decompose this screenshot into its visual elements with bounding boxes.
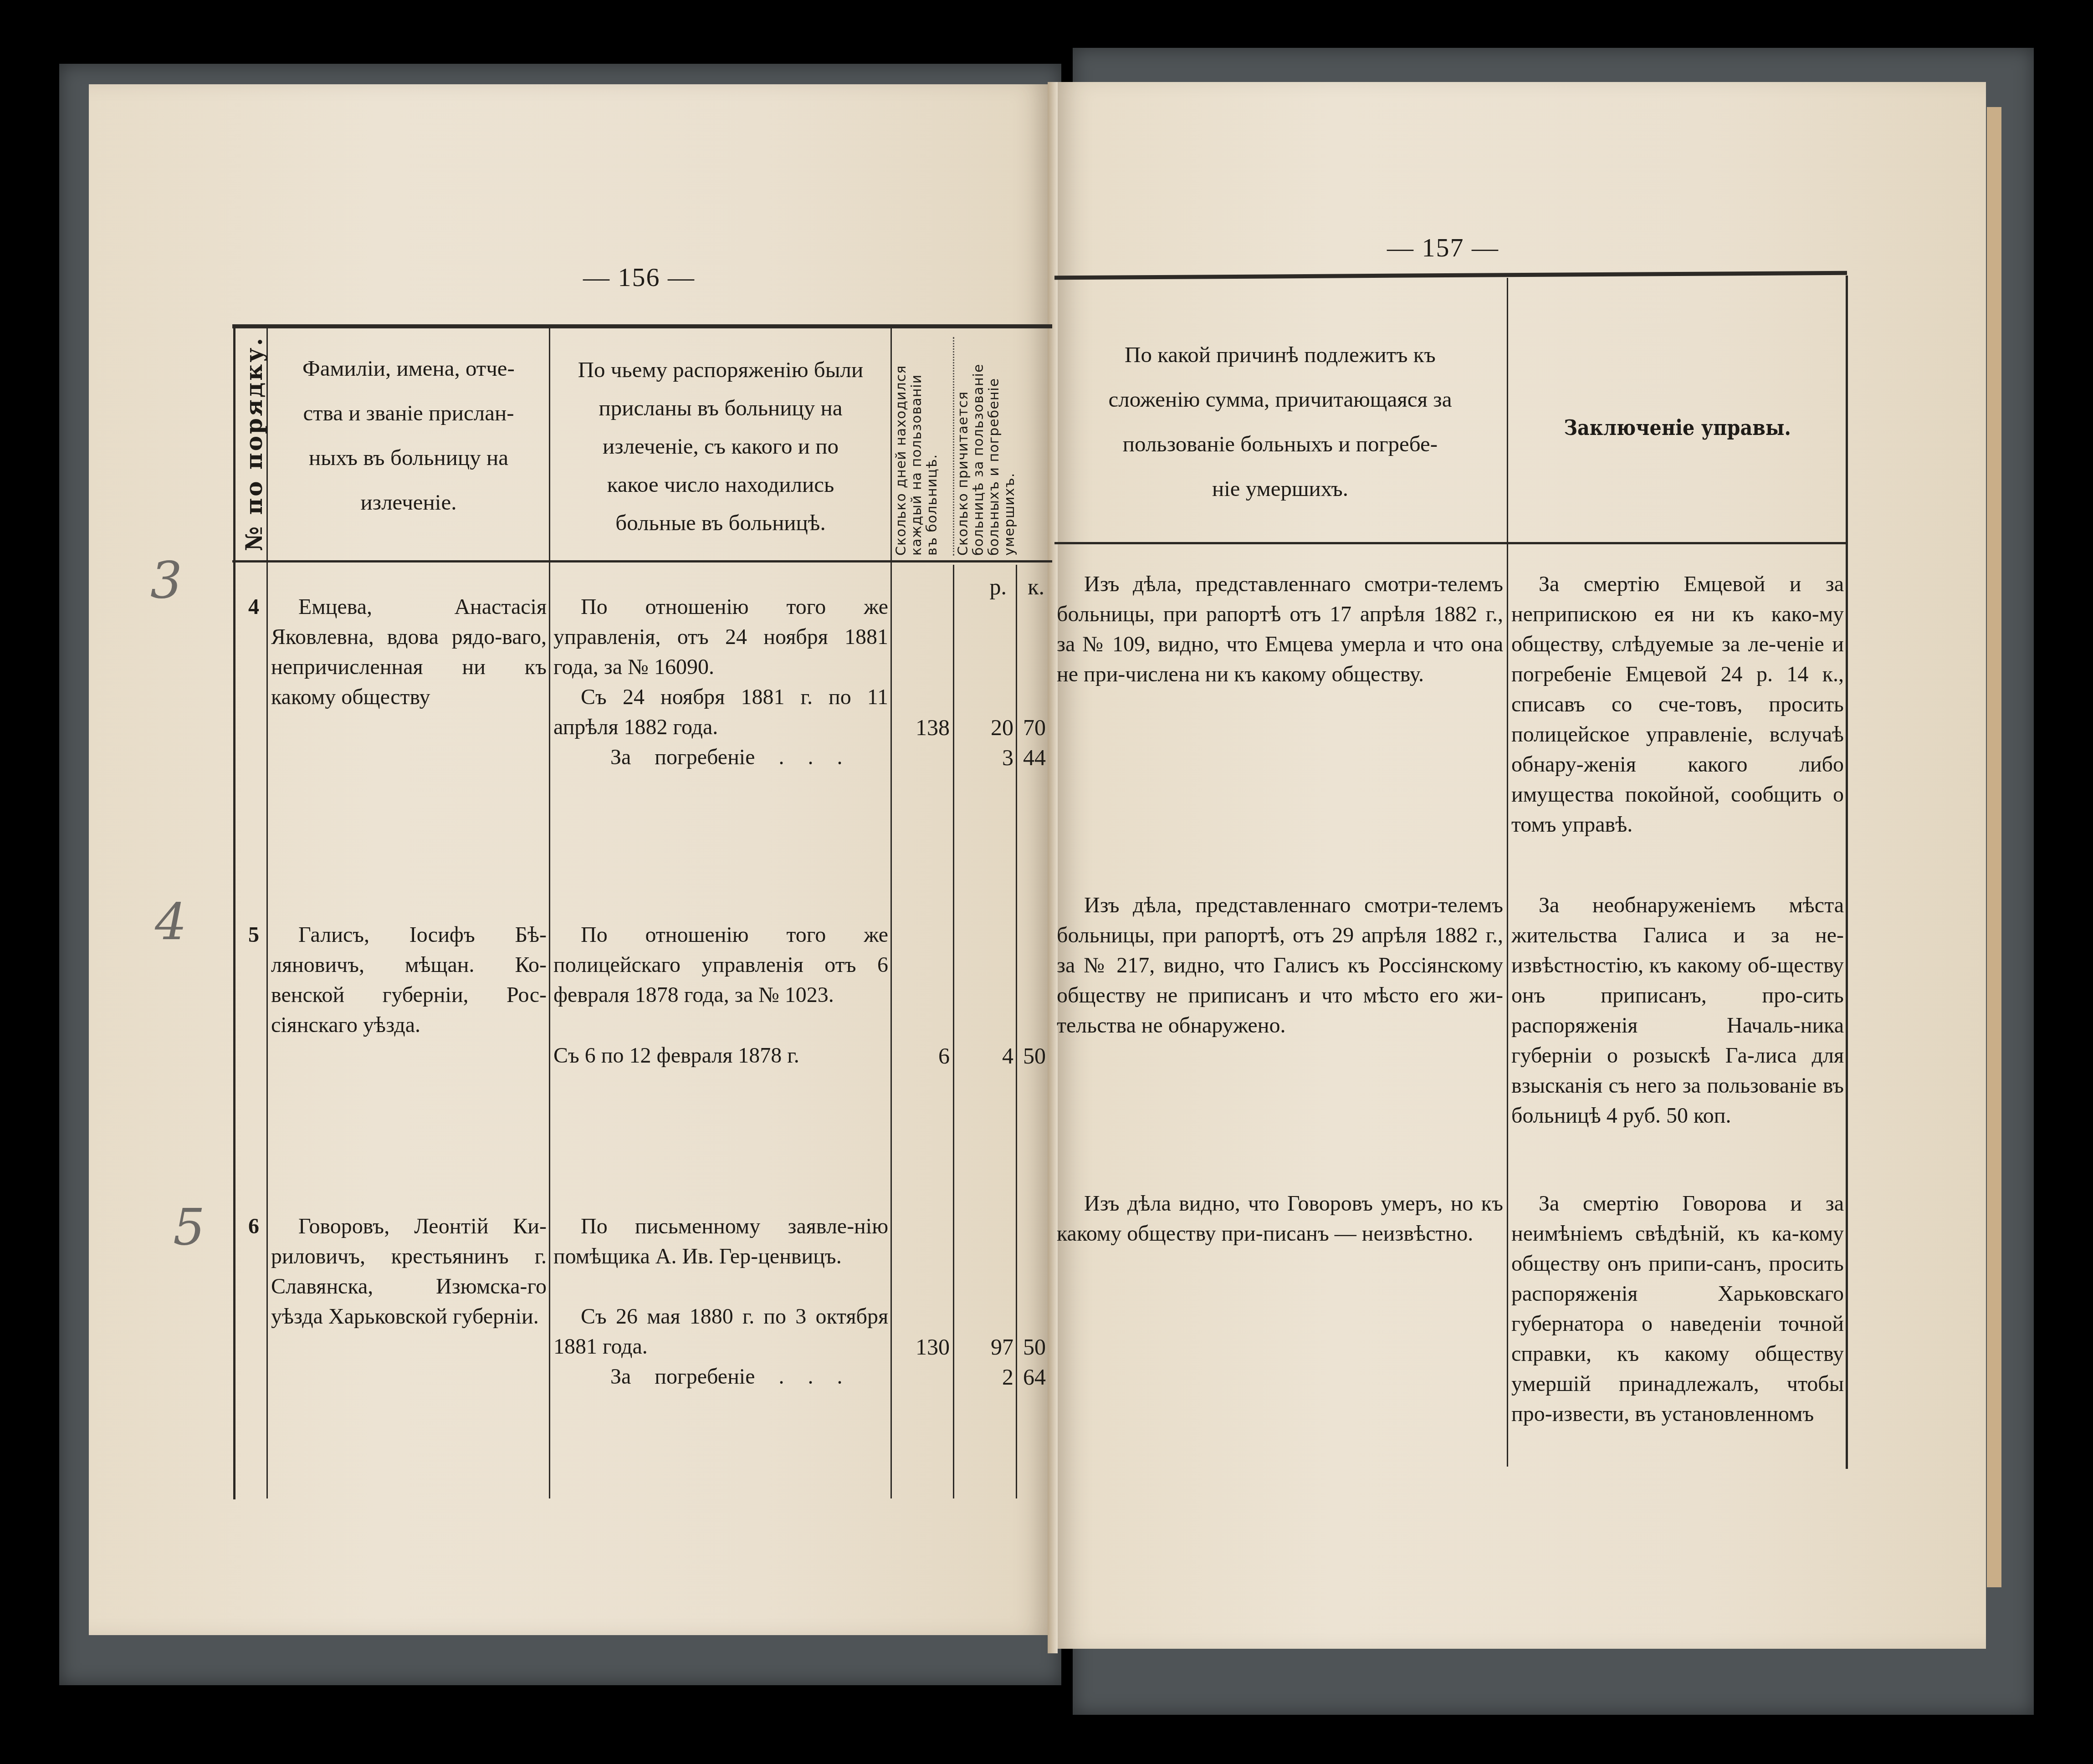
header-names-line: Фамиліи, имена, отче- [270, 346, 548, 391]
row-burial-label: За погребеніе . . . [610, 742, 888, 772]
header-orders-line: какое число находились [552, 465, 889, 504]
header-orders: По чьему распоряженію были присланы въ б… [552, 351, 889, 542]
row-burial-rub: 3 [957, 742, 1013, 772]
row-name: Говоровъ, Леонтій Ки-риловичъ, крестьяни… [271, 1212, 547, 1332]
row-name: Емцева, Анастасія Яковлевна, вдова рядо-… [271, 592, 547, 712]
header-days-line: Сколько дней находился [894, 365, 909, 556]
row-no: 6 [248, 1212, 266, 1242]
row-order: По письменному заявле-нію помѣщика А. Ив… [553, 1212, 888, 1272]
row-rub: 97 [957, 1332, 1013, 1362]
row-period: Съ 26 мая 1880 г. по 3 октября 1881 года… [553, 1302, 888, 1362]
col-divider-rub [1016, 565, 1017, 1498]
header-reason-line: По какой причинѣ подлежитъ къ [1056, 332, 1505, 377]
col-divider-names [549, 328, 550, 1498]
header-amount-line: больницѣ за пользованіе [971, 364, 987, 556]
header-amount-line: больныхъ и погребеніе [987, 364, 1002, 556]
header-names-line: ства и званіе прислан- [270, 391, 548, 435]
fore-edge-strip [1987, 107, 2001, 1587]
row-conclusion: За смертію Емцевой и за неприпискою ея н… [1511, 569, 1844, 840]
header-bottom-rule [1054, 542, 1847, 544]
header-bottom-rule [232, 560, 1052, 562]
page-number-left: — 156 — [583, 262, 695, 292]
col-divider-orders [890, 328, 892, 1498]
row-conclusion: За смертію Говорова и за неимѣніемъ свѣд… [1511, 1189, 1844, 1429]
row-order: По отношенію того же управленія, отъ 24 … [553, 592, 888, 682]
page-number-right: — 157 — [1387, 232, 1499, 263]
row-rub: 4 [957, 1041, 1013, 1071]
margin-note-5: 5 [173, 1198, 205, 1256]
row-burial-label: За погребеніе . . . [610, 1362, 888, 1392]
header-names-line: ныхъ въ больницу на [270, 435, 548, 480]
header-amount-line: Сколько причитается [956, 364, 971, 556]
row-period: Съ 6 по 12 февраля 1878 г. [553, 1041, 888, 1071]
header-reason-line: пользованіе больныхъ и погребе- [1056, 422, 1505, 466]
row-burial-kop: 64 [1018, 1362, 1046, 1392]
row-reason: Изъ дѣла видно, что Говоровъ умеръ, но к… [1057, 1189, 1503, 1249]
header-amount-line: умершихъ. [1002, 364, 1018, 556]
header-names-line: излеченіе. [270, 480, 548, 525]
header-kop: к. [1019, 572, 1044, 602]
row-days: 138 [893, 712, 950, 742]
row-period: Съ 24 ноября 1881 г. по 11 апрѣля 1882 г… [553, 682, 888, 742]
table-right-border [1846, 276, 1848, 1469]
col-divider-days-header [953, 337, 954, 556]
header-orders-line: По чьему распоряженію были [552, 351, 889, 389]
row-no: 5 [248, 920, 266, 950]
header-names: Фамиліи, имена, отче- ства и званіе прис… [270, 346, 548, 525]
table-top-rule [232, 324, 1052, 328]
margin-note-4: 4 [155, 893, 187, 951]
header-reason-line: ніе умершихъ. [1056, 466, 1505, 511]
row-no: 4 [248, 592, 266, 622]
header-rub: р. [961, 572, 1007, 602]
header-days: Сколько дней находился каждый на пользов… [894, 365, 940, 556]
row-conclusion: За необнаруженіемъ мѣста жительства Гали… [1511, 890, 1844, 1131]
row-kop: 50 [1018, 1332, 1046, 1362]
row-reason: Изъ дѣла, представленнаго смотри-телемъ … [1057, 569, 1503, 690]
header-orders-line: присланы въ больницу на [552, 389, 889, 427]
row-burial-kop: 44 [1018, 742, 1046, 772]
row-order: По отношенію того же полицейскаго управл… [553, 920, 888, 1010]
row-reason: Изъ дѣла, представленнаго смотри-телемъ … [1057, 890, 1503, 1041]
header-amount: Сколько причитается больницѣ за пользова… [956, 364, 1018, 556]
header-days-line: каждый на пользованіи [909, 365, 925, 556]
header-reason: По какой причинѣ подлежитъ къ сложенію с… [1056, 332, 1505, 511]
header-conclusion: Заключеніе управы. [1510, 405, 1845, 450]
row-kop: 50 [1018, 1041, 1046, 1071]
margin-note-3: 3 [150, 551, 182, 609]
row-days: 130 [893, 1332, 950, 1362]
row-rub: 20 [957, 712, 1013, 742]
row-days: 6 [893, 1041, 950, 1071]
header-no: № по порядку. [241, 336, 267, 551]
header-days-line: въ больницѣ. [925, 365, 940, 556]
header-orders-line: излеченіе, съ какого и по [552, 427, 889, 465]
row-kop: 70 [1018, 712, 1046, 742]
row-name: Галисъ, Іосифъ Бѣ-ляновичъ, мѣщан. Ко-ве… [271, 920, 547, 1040]
table-left-border [233, 324, 235, 1499]
gutter-shadow [1048, 82, 1058, 1653]
row-burial-rub: 2 [957, 1362, 1013, 1392]
header-reason-line: сложенію сумма, причитающаяся за [1056, 377, 1505, 422]
col-divider-reason [1507, 278, 1508, 1467]
col-divider-days [953, 565, 954, 1498]
header-orders-line: больные въ больницѣ. [552, 504, 889, 542]
